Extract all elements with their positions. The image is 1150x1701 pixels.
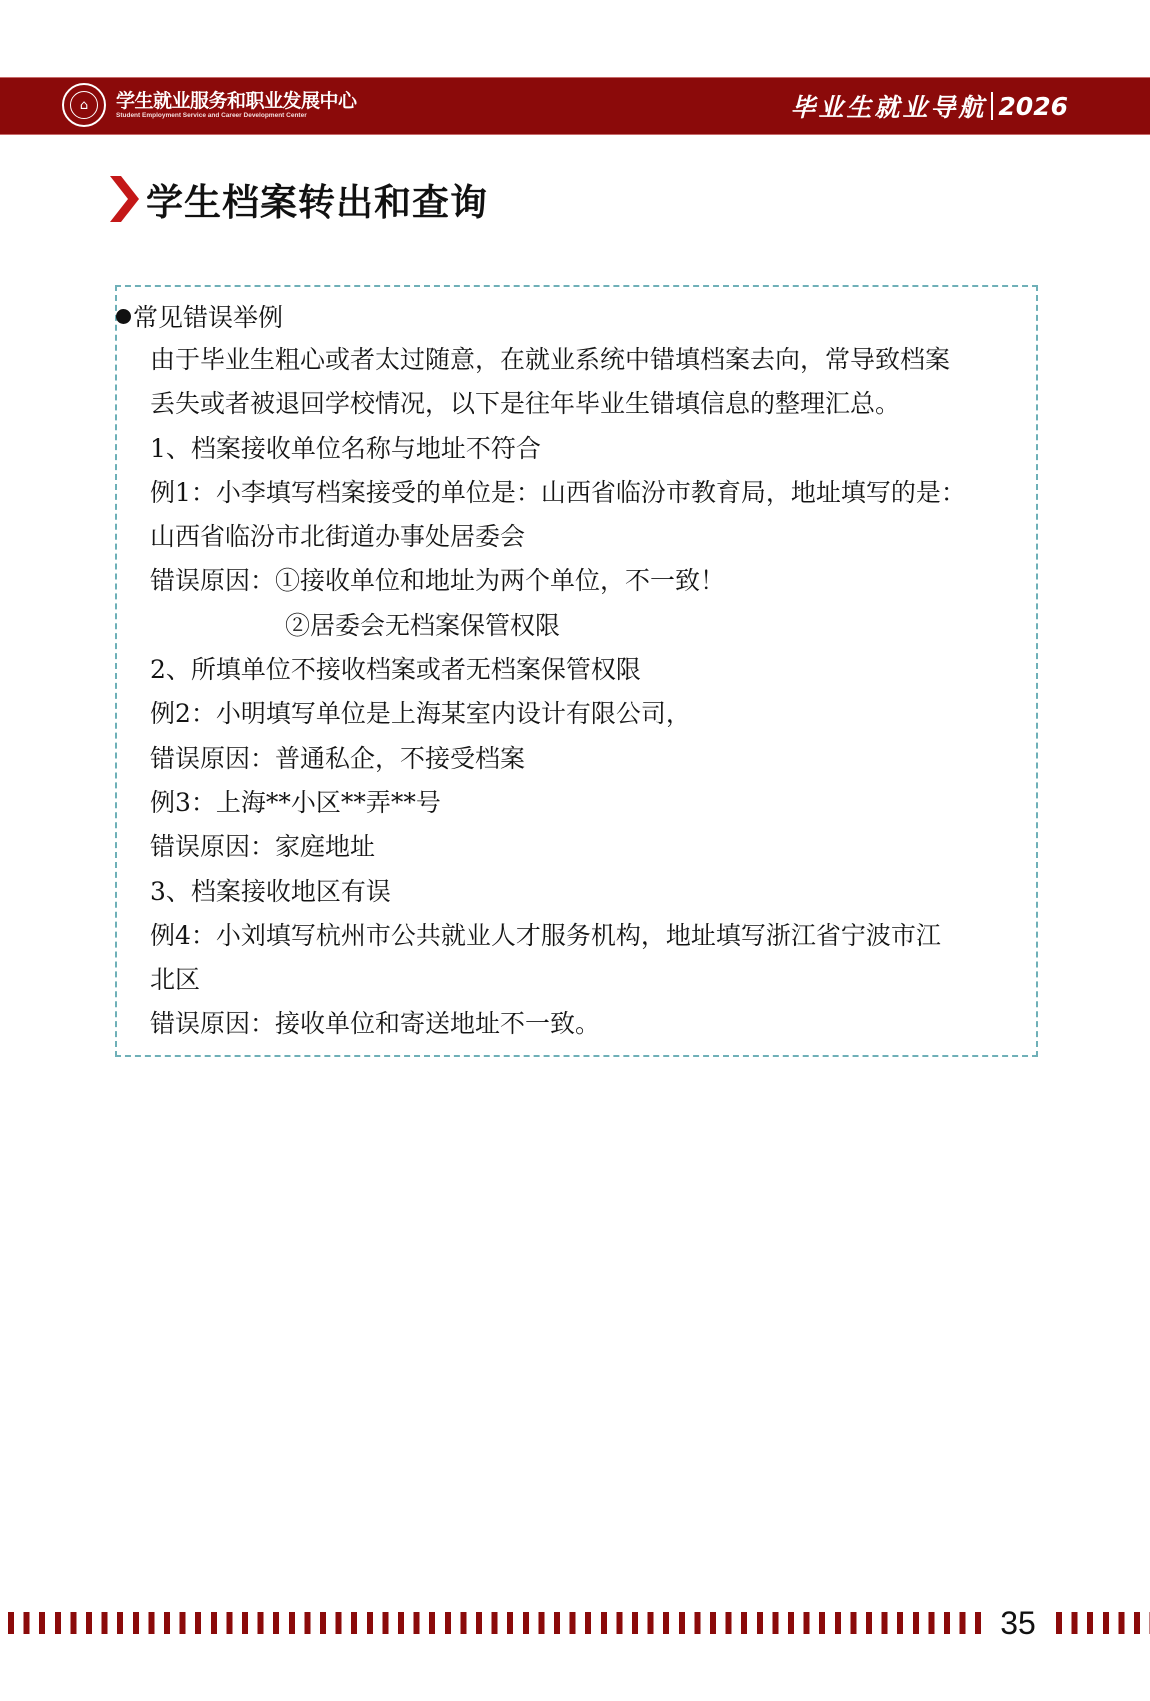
category-2-heading: 2、所填单位不接收档案或者无档案保管权限 <box>150 648 1040 692</box>
example-2-reason: 错误原因：普通私企，不接受档案 <box>150 737 1040 781</box>
error-examples-text: 由于毕业生粗心或者太过随意，在就业系统中错填档案去向，常导致档案 丢失或者被退回… <box>150 338 1040 1047</box>
box-heading-text: 常见错误举例 <box>133 298 283 334</box>
footer-tick-bar <box>0 1612 1150 1634</box>
footer-ticks-right <box>1048 1612 1150 1634</box>
footer-ticks-left <box>0 1612 988 1634</box>
header-band: ⌂ 学生就业服务和职业发展中心 Student Employment Servi… <box>0 77 1150 135</box>
category-3-heading: 3、档案接收地区有误 <box>150 870 1040 914</box>
page-number: 35 <box>992 1605 1044 1642</box>
example-2: 例2：小明填写单位是上海某室内设计有限公司， <box>150 692 1040 736</box>
example-1-line-2: 山西省临汾市北街道办事处居委会 <box>150 515 1040 559</box>
intro-line-2: 丢失或者被退回学校情况，以下是往年毕业生错填信息的整理汇总。 <box>150 382 1040 426</box>
example-4-line-2: 北区 <box>150 958 1040 1002</box>
example-1-reason-1: 错误原因：①接收单位和地址为两个单位，不一致！ <box>150 559 1040 603</box>
example-3-reason: 错误原因：家庭地址 <box>150 825 1040 869</box>
guide-title-text: 毕业生就业导航 <box>790 88 986 124</box>
org-name-cn: 学生就业服务和职业发展中心 <box>116 86 357 113</box>
example-1-reason-2: ②居委会无档案保管权限 <box>150 604 1040 648</box>
example-3: 例3：上海**小区**弄**号 <box>150 781 1040 825</box>
seal-emblem-icon: ⌂ <box>70 91 98 119</box>
bullet-icon <box>116 309 131 324</box>
section-title: 学生档案转出和查询 <box>108 172 488 226</box>
example-4-reason: 错误原因：接收单位和寄送地址不一致。 <box>150 1002 1040 1046</box>
guide-title: 毕业生就业导航 2026 <box>790 88 1068 124</box>
title-separator <box>991 92 993 120</box>
page-title: 学生档案转出和查询 <box>146 172 488 226</box>
guide-year: 2026 <box>998 92 1068 121</box>
category-1-heading: 1、档案接收单位名称与地址不符合 <box>150 427 1040 471</box>
chevron-right-icon <box>108 174 140 224</box>
university-seal-icon: ⌂ <box>62 83 106 127</box>
box-heading: 常见错误举例 <box>116 298 283 334</box>
example-1-line-1: 例1：小李填写档案接受的单位是：山西省临汾市教育局，地址填写的是： <box>150 471 1040 515</box>
org-name-en: Student Employment Service and Career De… <box>116 112 307 119</box>
example-4-line-1: 例4：小刘填写杭州市公共就业人才服务机构，地址填写浙江省宁波市江 <box>150 914 1040 958</box>
intro-line-1: 由于毕业生粗心或者太过随意，在就业系统中错填档案去向，常导致档案 <box>150 338 1040 382</box>
